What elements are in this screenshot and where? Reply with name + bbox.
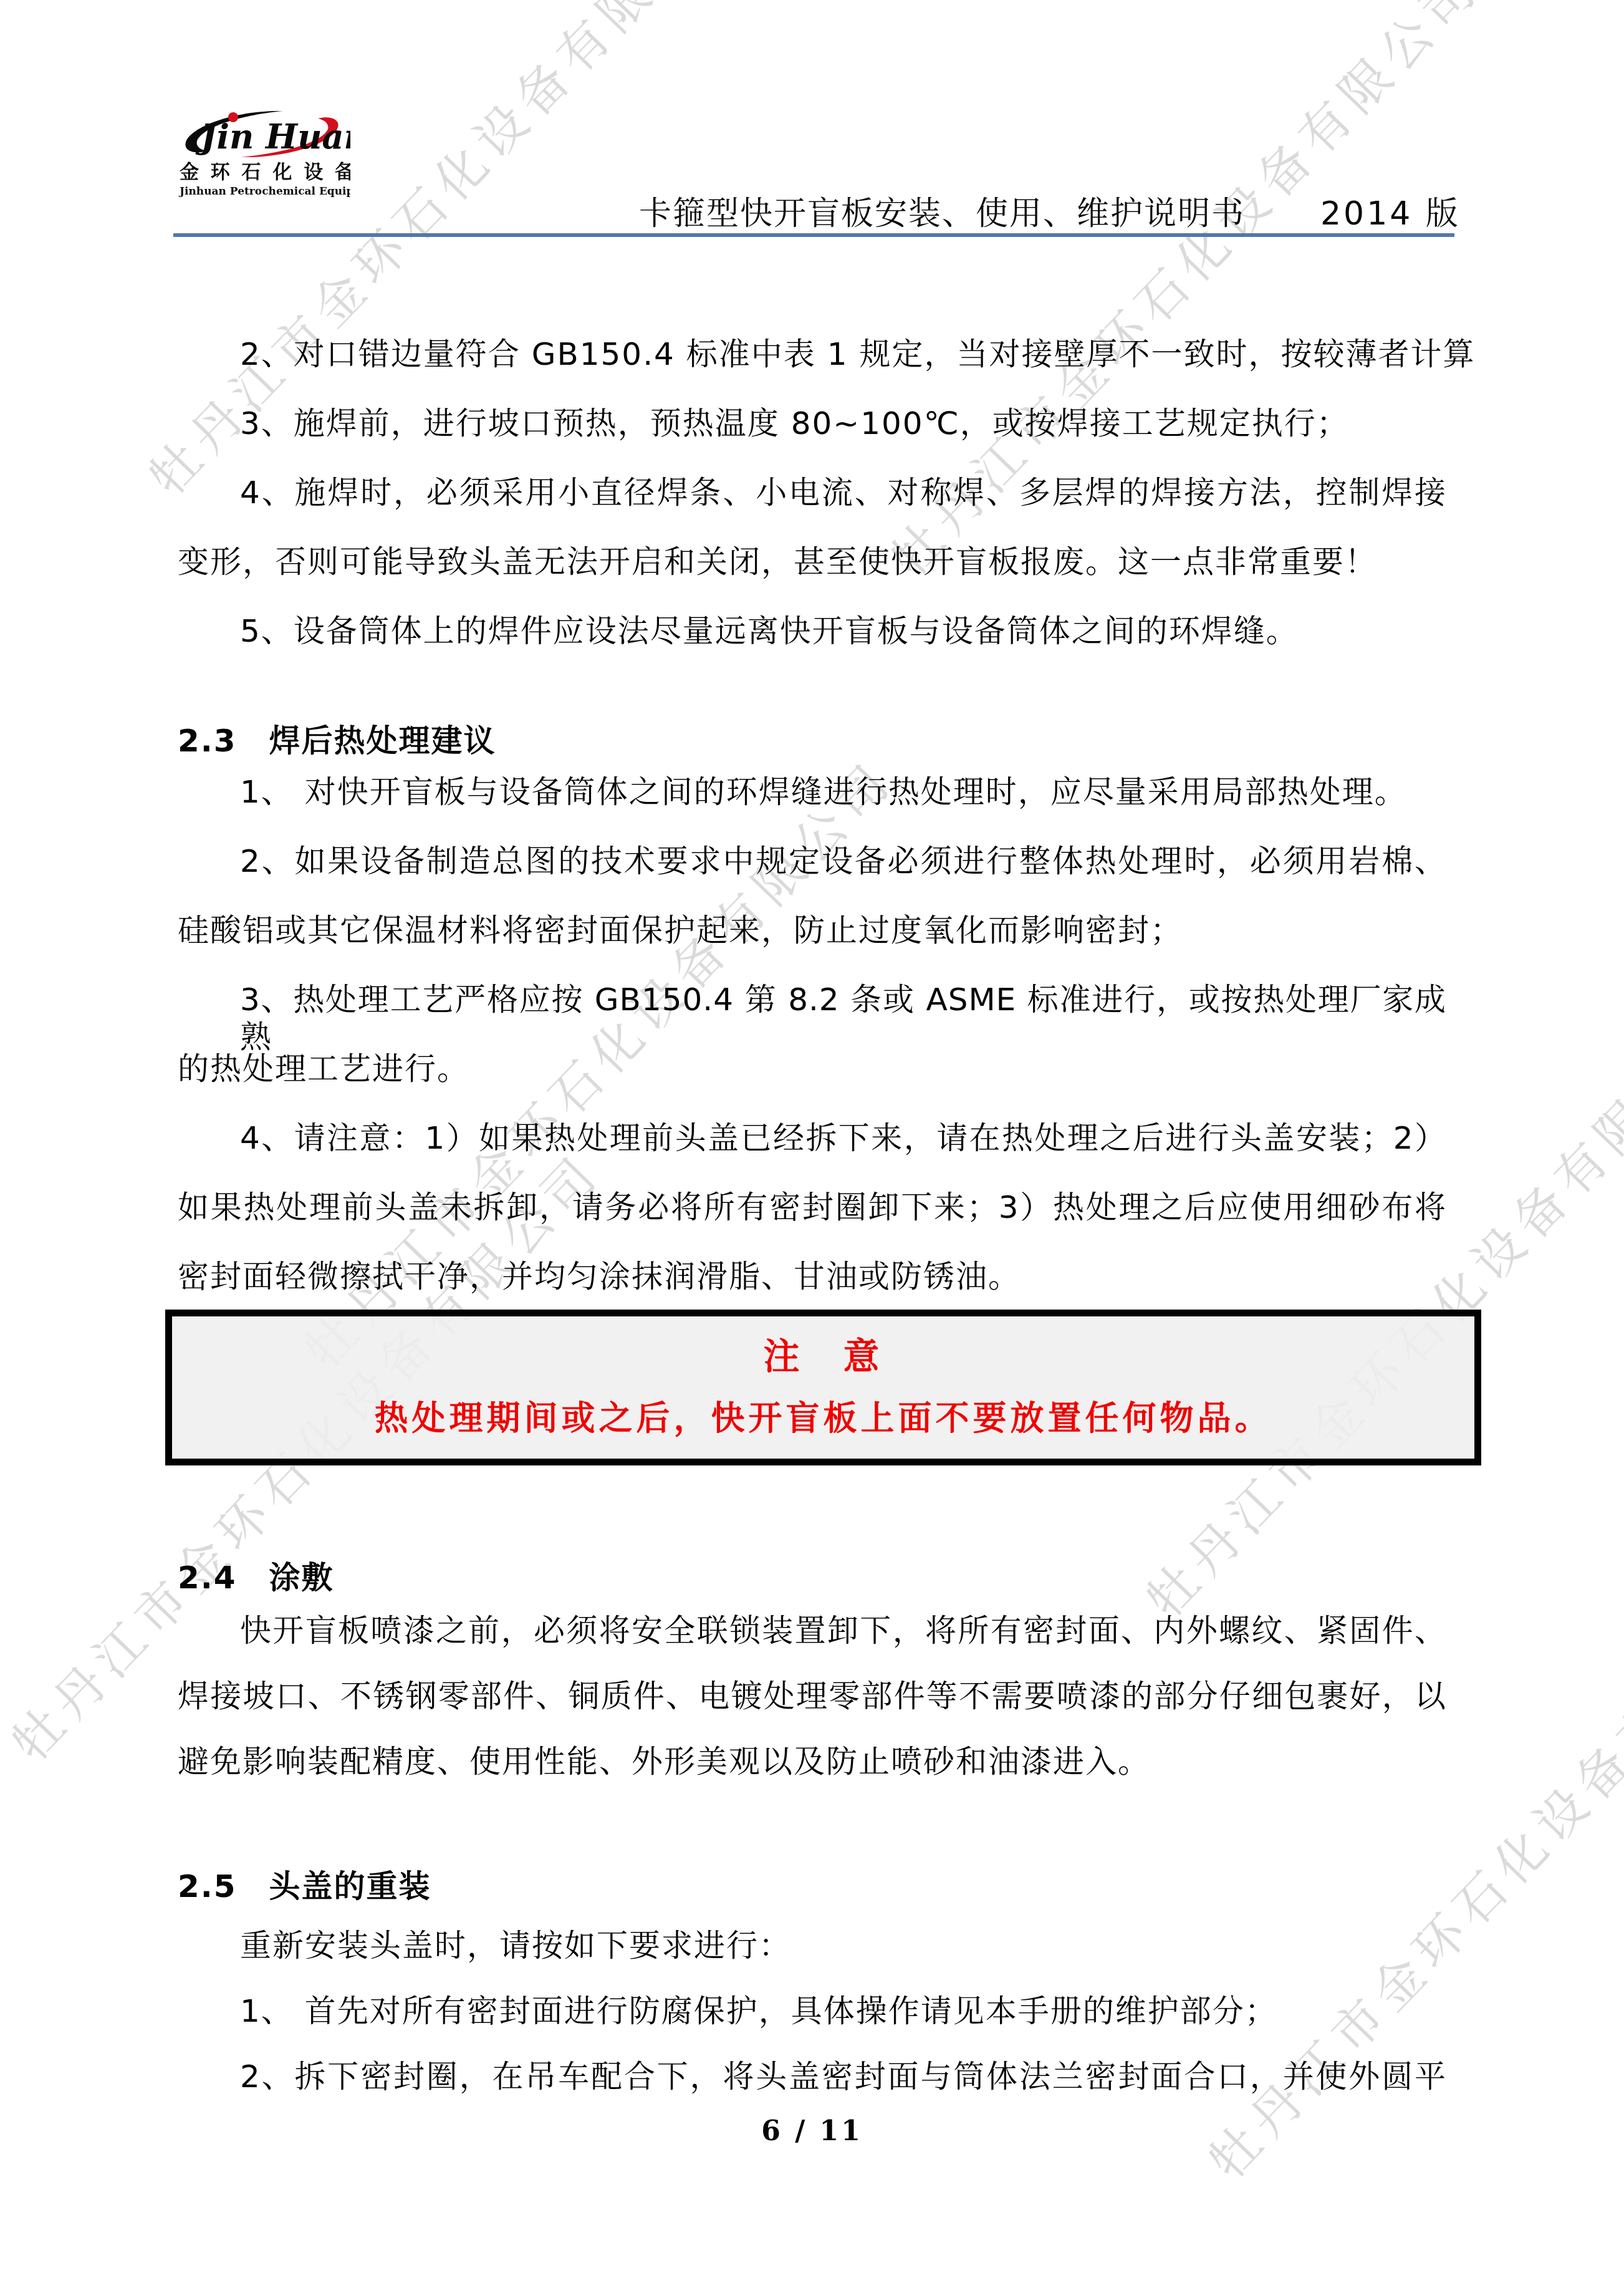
section-heading-2-4: 2.4涂敷 [178,1553,334,1598]
body-line: 如果热处理前头盖未拆卸，请务必将所有密封圈卸下来；3）热处理之后应使用细砂布将 [178,1189,1446,1227]
body-line: 3、施焊前，进行坡口预热，预热温度 80~100℃，或按焊接工艺规定执行； [178,405,1446,443]
body-line: 避免影响装配精度、使用性能、外形美观以及防止喷砂和油漆进入。 [178,1743,1446,1782]
body-line: 5、设备筒体上的焊件应设法尽量远离快开盲板与设备筒体之间的环焊缝。 [178,612,1446,651]
document-page: { "page": {"width": 2605, "height": 3661… [0,0,1624,2283]
logo-chinese-text: 金 环 石 化 设 备 [180,161,350,183]
notice-title: 注 意 [165,1327,1481,1379]
section-number: 2.4 [178,1560,237,1596]
body-line: 重新安装头盖时，请按如下要求进行： [178,1927,1446,1966]
section-heading-2-5: 2.5头盖的重装 [178,1861,431,1906]
section-title: 涂敷 [269,1560,334,1596]
body-line: 的热处理工艺进行。 [178,1050,1446,1089]
section-number: 2.3 [178,723,237,759]
document-version: 2014 版 [1320,187,1461,234]
body-line: 2、如果设备制造总图的技术要求中规定设备必须进行整体热处理时，必须用岩棉、 [178,842,1446,881]
section-number: 2.5 [178,1868,237,1904]
body-line: 密封面轻微擦拭干净，并均匀涂抹润滑脂、甘油或防锈油。 [178,1258,1446,1296]
logo-english-text: Jinhuan Petrochemical Equipment [178,185,350,198]
logo-script-text: Jin Huan [195,117,350,157]
body-line: 1、 首先对所有密封面进行防腐保护，具体操作请见本手册的维护部分； [178,1992,1446,2031]
page-number: 6 / 11 [0,2115,1624,2147]
body-line: 焊接坡口、不锈钢零部件、铜质件、电镀处理零部件等不需要喷漆的部分仔细包裹好，以 [178,1677,1446,1716]
logo-graphic: Jin Huan 金 环 石 化 设 备 Jinhuan Petrochemic… [178,105,350,198]
logo-red-dot [228,112,238,122]
company-logo: Jin Huan 金 环 石 化 设 备 Jinhuan Petrochemic… [178,105,350,198]
body-line: 3、热处理工艺严格应按 GB150.4 第 8.2 条或 ASME 标准进行，或… [178,981,1446,1020]
section-title: 头盖的重装 [269,1868,431,1904]
body-line: 1、 对快开盲板与设备筒体之间的环焊缝进行热处理时，应尽量采用局部热处理。 [178,773,1446,812]
body-line: 4、请注意：1）如果热处理前头盖已经拆下来，请在热处理之后进行头盖安装；2） [178,1119,1446,1158]
header-rule [173,233,1454,237]
section-heading-2-3: 2.3焊后热处理建议 [178,716,496,761]
body-line: 2、对口错边量符合 GB150.4 标准中表 1 规定，当对接壁厚不一致时，按较… [178,335,1446,374]
notice-text: 热处理期间或之后，快开盲板上面不要放置任何物品。 [165,1392,1481,1440]
body-line: 4、施焊时，必须采用小直径焊条、小电流、对称焊、多层焊的焊接方法，控制焊接 [178,474,1446,513]
body-line: 硅酸铝或其它保温材料将密封面保护起来，防止过度氧化而影响密封； [178,912,1446,950]
body-line: 变形，否则可能导致头盖无法开启和关闭，甚至使快开盲板报废。这一点非常重要！ [178,543,1446,582]
document-title: 卡箍型快开盲板安装、使用、维护说明书 [639,187,1245,234]
section-title: 焊后热处理建议 [269,723,496,759]
body-line: 2、拆下密封圈，在吊车配合下，将头盖密封面与筒体法兰密封面合口，并使外圆平 [178,2058,1446,2097]
body-line: 快开盲板喷漆之前，必须将安全联锁装置卸下，将所有密封面、内外螺纹、紧固件、 [178,1612,1446,1651]
